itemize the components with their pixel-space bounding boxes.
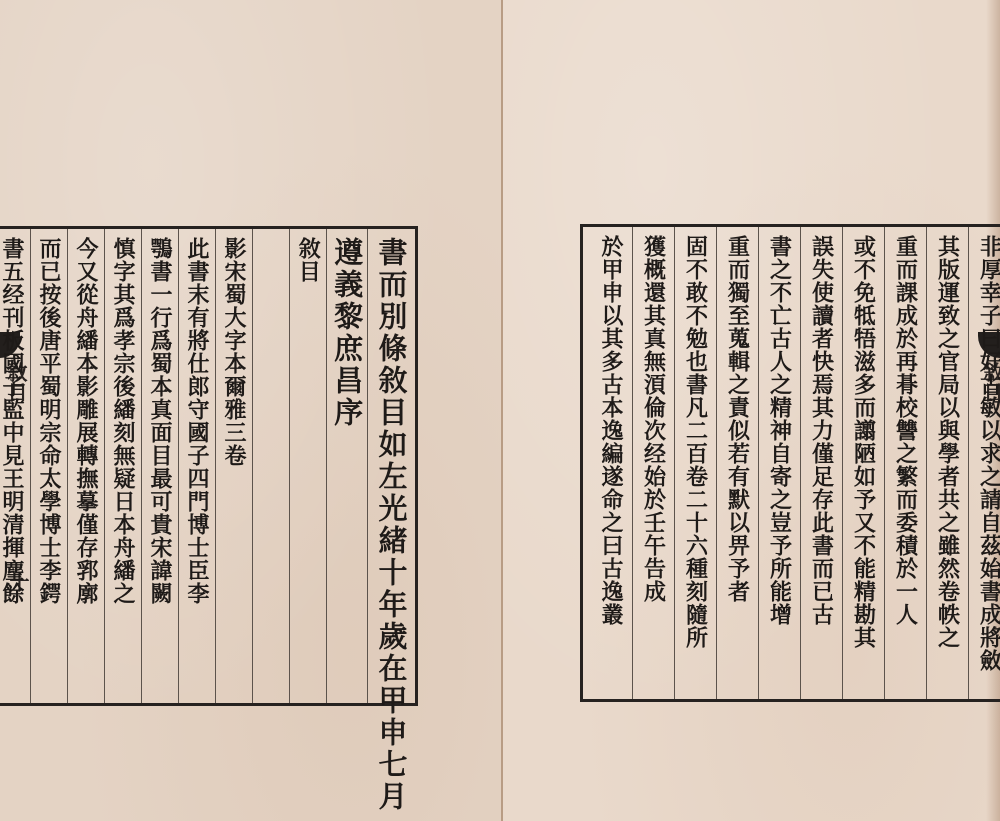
left-page: 敘目 十 書而別條敘目如左光緒十年歲在甲申七月 遵義黎庶昌序 敘目 影宋蜀大字本… — [0, 0, 502, 821]
text-column: 鶚書一行爲蜀本真面目最可貴宋諱闕 — [141, 229, 178, 703]
text-column: 而已按後唐平蜀明宗命太學博士李鍔 — [30, 229, 67, 703]
text-column: 書五经刊板國子監中見王明清揮麈餘 — [0, 229, 30, 703]
text-column: 誤失使讀者快焉其力僅足存此書而已古 — [800, 227, 842, 699]
text-column: 重而獨至蒐輯之責似若有默以畀予者 — [716, 227, 758, 699]
text-column: 影宋蜀大字本爾雅三卷 — [215, 229, 252, 703]
text-column: 今又從舟繙本影雕展轉撫摹僅存郛廓 — [67, 229, 104, 703]
text-column: 書之不亡古人之精神自寄之豈予所能增 — [758, 227, 800, 699]
left-text-frame: 書而別條敘目如左光緒十年歲在甲申七月 遵義黎庶昌序 敘目 影宋蜀大字本爾雅三卷 … — [0, 226, 418, 706]
text-column: 或不免牴牾滋多而譾陋如予又不能精勘其 — [842, 227, 884, 699]
text-column: 敘目 — [289, 229, 326, 703]
text-column-blank — [252, 229, 289, 703]
text-column: 遵義黎庶昌序 — [326, 229, 367, 703]
text-column: 非厚幸子曰好古敏以求之請自茲始書成將斂 — [968, 227, 1000, 699]
text-column: 此書末有將仕郎守國子四門博士臣李 — [178, 229, 215, 703]
text-column: 重而課成於再朞校讐之繁而委積於一人 — [884, 227, 926, 699]
text-column: 固不敢不勉也書凡二百卷二十六種刻隨所 — [674, 227, 716, 699]
text-column: 其版運致之官局以與學者共之雖然卷帙之 — [926, 227, 968, 699]
text-column: 獲概還其真無湏倫次经始於壬午告成 — [632, 227, 674, 699]
text-column: 書而別條敘目如左光緒十年歲在甲申七月 — [367, 229, 415, 703]
right-text-frame: 非厚幸子曰好古敏以求之請自茲始書成將斂 其版運致之官局以與學者共之雖然卷帙之 重… — [580, 224, 1000, 702]
text-column: 於甲申以其多古本逸編遂命之曰古逸叢 — [590, 227, 632, 699]
text-column: 慎字其爲孝宗後繙刻無疑日本舟繙之 — [104, 229, 141, 703]
